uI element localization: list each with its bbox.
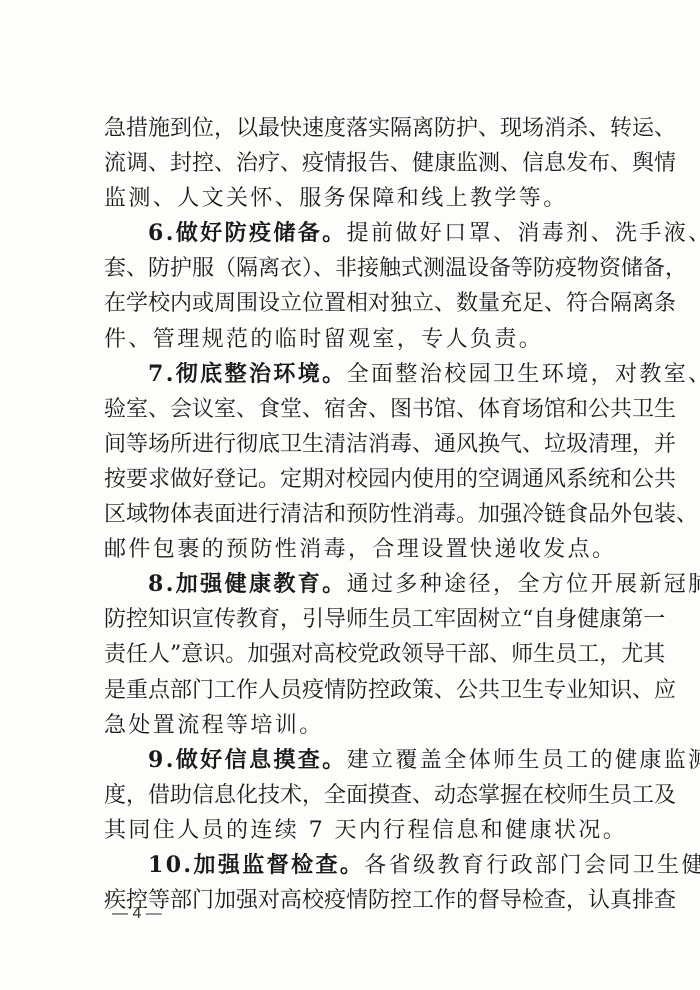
text-line: 件、管理规范的临时留观室，专人负责。 xyxy=(104,322,582,357)
text-line: 6.做好防疫储备。提前做好口罩、消毒剂、洗手液、手 xyxy=(104,216,582,251)
text-line: 在学校内或周围设立位置相对独立、数量充足、符合隔离条 xyxy=(104,286,582,321)
text-line: 度，借助信息化技术，全面摸查、动态掌握在校师生员工及 xyxy=(104,778,582,813)
item-heading: 6.做好防疫储备。 xyxy=(148,220,347,246)
text-line: 邮件包裹的预防性消毒，合理设置快递收发点。 xyxy=(104,532,582,567)
text-line: 是重点部门工作人员疫情防控政策、公共卫生专业知识、应 xyxy=(104,673,582,708)
item-heading: 9.做好信息摸查。 xyxy=(148,747,347,773)
text-line: 按要求做好登记。定期对校园内使用的空调通风系统和公共 xyxy=(104,462,582,497)
item-heading: 8.加强健康教育。 xyxy=(148,571,347,597)
text-line: 疾控等部门加强对高校疫情防控工作的督导检查，认真排查 xyxy=(104,883,582,918)
paragraph-continuation: 急措施到位，以最快速度落实隔离防护、现场消杀、转运、 流调、封控、治疗、疫情报告… xyxy=(104,111,582,216)
text-line: 其同住人员的连续 7 天内行程信息和健康状况。 xyxy=(104,813,582,848)
text-line: 10.加强监督检查。各省级教育行政部门会同卫生健康、 xyxy=(104,848,582,883)
text-line: 套、防护服（隔离衣）、非接触式测温设备等防疫物资储备， xyxy=(104,251,582,286)
text-run: 提前做好口罩、消毒剂、洗手液、手 xyxy=(347,221,700,246)
item-heading: 10.加强监督检查。 xyxy=(148,852,364,878)
text-line: 流调、封控、治疗、疫情报告、健康监测、信息发布、舆情 xyxy=(104,146,582,181)
text-line: 防控知识宣传教育，引导师生员工牢固树立“自身健康第一 xyxy=(104,602,582,637)
text-line: 急处置流程等培训。 xyxy=(104,708,582,743)
text-line: 区域物体表面进行清洁和预防性消毒。加强冷链食品外包装、 xyxy=(104,497,582,532)
text-line: 急措施到位，以最快速度落实隔离防护、现场消杀、转运、 xyxy=(104,111,582,146)
page-number: — 4 — xyxy=(112,905,162,923)
document-body: 急措施到位，以最快速度落实隔离防护、现场消杀、转运、 流调、封控、治疗、疫情报告… xyxy=(104,111,582,918)
text-line: 监测、人文关怀、服务保障和线上教学等。 xyxy=(104,181,582,216)
text-run: 各省级教育行政部门会同卫生健康、 xyxy=(364,853,700,878)
paragraph-item-6: 6.做好防疫储备。提前做好口罩、消毒剂、洗手液、手 套、防护服（隔离衣）、非接触… xyxy=(104,216,582,356)
document-page: 急措施到位，以最快速度落实隔离防护、现场消杀、转运、 流调、封控、治疗、疫情报告… xyxy=(0,0,700,990)
text-run: 全面整治校园卫生环境，对教室、实 xyxy=(347,362,700,387)
text-line: 7.彻底整治环境。全面整治校园卫生环境，对教室、实 xyxy=(104,357,582,392)
text-line: 责任人”意识。加强对高校党政领导干部、师生员工，尤其 xyxy=(104,637,582,672)
paragraph-item-10: 10.加强监督检查。各省级教育行政部门会同卫生健康、 疾控等部门加强对高校疫情防… xyxy=(104,848,582,918)
text-line: 9.做好信息摸查。建立覆盖全体师生员工的健康监测制 xyxy=(104,743,582,778)
text-line: 验室、会议室、食堂、宿舍、图书馆、体育场馆和公共卫生 xyxy=(104,392,582,427)
text-line: 8.加强健康教育。通过多种途径，全方位开展新冠肺炎 xyxy=(104,567,582,602)
item-heading: 7.彻底整治环境。 xyxy=(148,361,347,387)
text-run: 通过多种途径，全方位开展新冠肺炎 xyxy=(347,572,700,597)
text-line: 间等场所进行彻底卫生清洁消毒、通风换气、垃圾清理，并 xyxy=(104,427,582,462)
paragraph-item-9: 9.做好信息摸查。建立覆盖全体师生员工的健康监测制 度，借助信息化技术，全面摸查… xyxy=(104,743,582,848)
paragraph-item-8: 8.加强健康教育。通过多种途径，全方位开展新冠肺炎 防控知识宣传教育，引导师生员… xyxy=(104,567,582,742)
paragraph-item-7: 7.彻底整治环境。全面整治校园卫生环境，对教室、实 验室、会议室、食堂、宿舍、图… xyxy=(104,357,582,568)
text-run: 建立覆盖全体师生员工的健康监测制 xyxy=(347,748,700,773)
